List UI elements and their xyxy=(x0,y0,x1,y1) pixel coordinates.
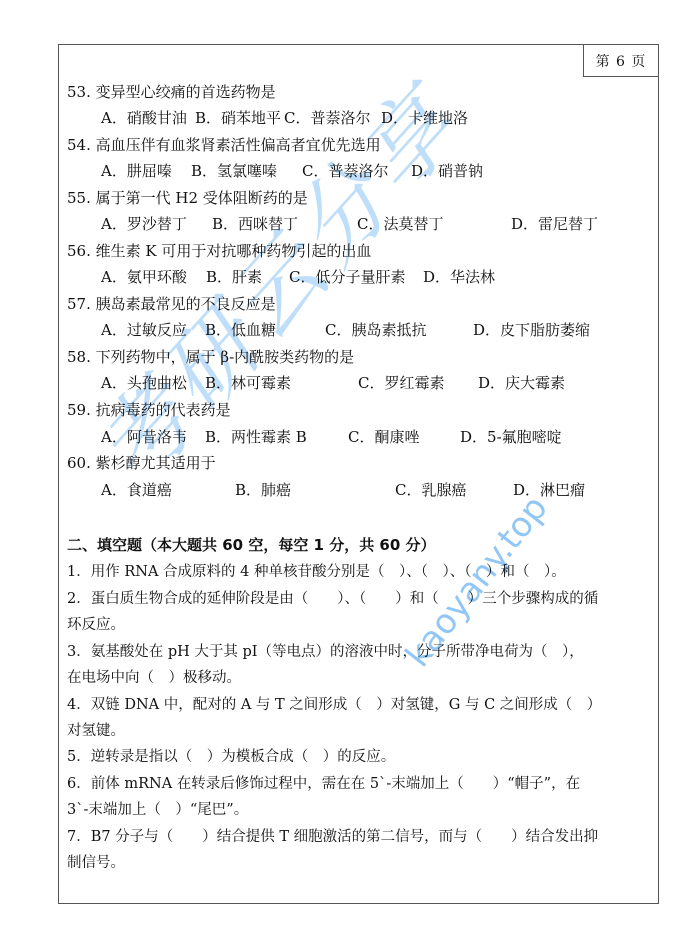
option-a: A．肼屈嗪 xyxy=(101,161,172,181)
question-stem: 高血压伴有血浆肾素活性偏高者宜优先选用 xyxy=(96,136,381,154)
question-stem: 抗病毒药的代表药是 xyxy=(96,401,231,419)
question-59: 59. 抗病毒药的代表药是 xyxy=(67,400,231,420)
option-b: B．氢氯噻嗪 xyxy=(191,161,277,181)
option-c: C．普萘洛尔 xyxy=(284,108,370,128)
question-stem: 属于第一代 H2 受体阻断药的是 xyxy=(96,189,308,207)
fill-blank-line: 3．氨基酸处在 pH 大于其 pI（等电点）的溶液中时，分子所带净电荷为（ ）， xyxy=(67,642,584,662)
option-d: D．淋巴瘤 xyxy=(513,480,585,500)
question-number: 53. xyxy=(67,83,91,101)
question-55: 55. 属于第一代 H2 受体阻断药的是 xyxy=(67,188,308,208)
fill-blank-line: 5．逆转录是指以（ ）为模板合成（ ）的反应。 xyxy=(67,747,395,767)
option-d: D．硝普钠 xyxy=(411,161,483,181)
option-d: D．5-氟胞嘧啶 xyxy=(460,427,562,447)
option-c: C．低分子量肝素 xyxy=(289,267,405,287)
question-stem: 下列药物中，属于 β-内酰胺类药物的是 xyxy=(96,348,355,366)
question-number: 60. xyxy=(67,454,91,472)
question-stem: 变异型心绞痛的首选药物是 xyxy=(96,83,276,101)
option-b: B．林可霉素 xyxy=(205,373,291,393)
question-number: 58. xyxy=(67,348,91,366)
question-number: 59. xyxy=(67,401,91,419)
option-c: C．乳腺癌 xyxy=(395,480,466,500)
option-d: D．皮下脂肪萎缩 xyxy=(473,320,590,340)
fill-blank-line: 1．用作 RNA 合成原料的 4 种单核苷酸分别是（ ）、（ ）、（ ）和（ ）… xyxy=(67,562,566,582)
question-number: 56. xyxy=(67,242,91,260)
option-d: D．庆大霉素 xyxy=(478,373,565,393)
option-b: B．两性霉素 B xyxy=(205,427,307,447)
option-d: D．华法林 xyxy=(423,267,495,287)
option-b: B．低血糖 xyxy=(205,320,276,340)
option-c: C．胰岛素抵抗 xyxy=(325,320,426,340)
option-a: A．氨甲环酸 xyxy=(101,267,187,287)
fill-blank-line: 制信号。 xyxy=(67,853,125,873)
fill-blank-line: 对氢键。 xyxy=(67,721,125,741)
fill-blank-line: 4．双链 DNA 中，配对的 A 与 T 之间形成（ ）对氢键，G 与 C 之间… xyxy=(67,695,601,715)
option-b: B．西咪替丁 xyxy=(212,214,298,234)
option-a: A．过敏反应 xyxy=(101,320,187,340)
fill-blank-line: 环反应。 xyxy=(67,615,125,635)
question-53: 53. 变异型心绞痛的首选药物是 xyxy=(67,82,276,102)
page-number: 第 6 页 xyxy=(583,44,659,77)
question-number: 54. xyxy=(67,136,91,154)
option-c: C．普萘洛尔 xyxy=(302,161,388,181)
fill-blank-line: 2．蛋白质生物合成的延伸阶段是由（ ）、（ ）和（ ）三个步骤构成的循 xyxy=(67,589,598,609)
option-c: C．法莫替丁 xyxy=(357,214,443,234)
option-a: A．阿昔洛韦 xyxy=(101,427,187,447)
fill-blank-line: 7．B7 分子与（ ）结合提供 T 细胞激活的第二信号，而与（ ）结合发出抑 xyxy=(67,827,598,847)
option-c: C．罗红霉素 xyxy=(358,373,444,393)
question-60: 60. 紫杉醇尤其适用于 xyxy=(67,453,216,473)
section-heading: 二、填空题（本大题共 60 空，每空 1 分，共 60 分） xyxy=(67,535,436,555)
question-stem: 紫杉醇尤其适用于 xyxy=(96,454,216,472)
question-56: 56. 维生素 K 可用于对抗哪种药物引起的出血 xyxy=(67,241,371,261)
option-a: A．罗沙替丁 xyxy=(101,214,187,234)
option-b: B．肝素 xyxy=(206,267,262,287)
option-a: A．硝酸甘油 xyxy=(101,108,187,128)
option-a: A．食道癌 xyxy=(101,480,172,500)
option-a: A．头孢曲松 xyxy=(101,373,187,393)
fill-blank-line: 6．前体 mRNA 在转录后修饰过程中，需在在 5`-末端加上（ ）“帽子”，在 xyxy=(67,774,580,794)
question-number: 55. xyxy=(67,189,91,207)
question-stem: 维生素 K 可用于对抗哪种药物引起的出血 xyxy=(96,242,372,260)
question-54: 54. 高血压伴有血浆肾素活性偏高者宜优先选用 xyxy=(67,135,381,155)
option-b: B．硝苯地平 xyxy=(195,108,281,128)
option-b: B．肺癌 xyxy=(235,480,291,500)
option-d: D．卡维地洛 xyxy=(381,108,468,128)
question-stem: 胰岛素最常见的不良反应是 xyxy=(96,295,276,313)
question-57: 57. 胰岛素最常见的不良反应是 xyxy=(67,294,276,314)
option-c: C．酮康唑 xyxy=(348,427,419,447)
question-58: 58. 下列药物中，属于 β-内酰胺类药物的是 xyxy=(67,347,354,367)
fill-blank-line: 3`-末端加上（ ）“尾巴”。 xyxy=(67,800,248,820)
option-d: D．雷尼替丁 xyxy=(511,214,598,234)
question-number: 57. xyxy=(67,295,91,313)
fill-blank-line: 在电场中向（ ）极移动。 xyxy=(67,668,241,688)
